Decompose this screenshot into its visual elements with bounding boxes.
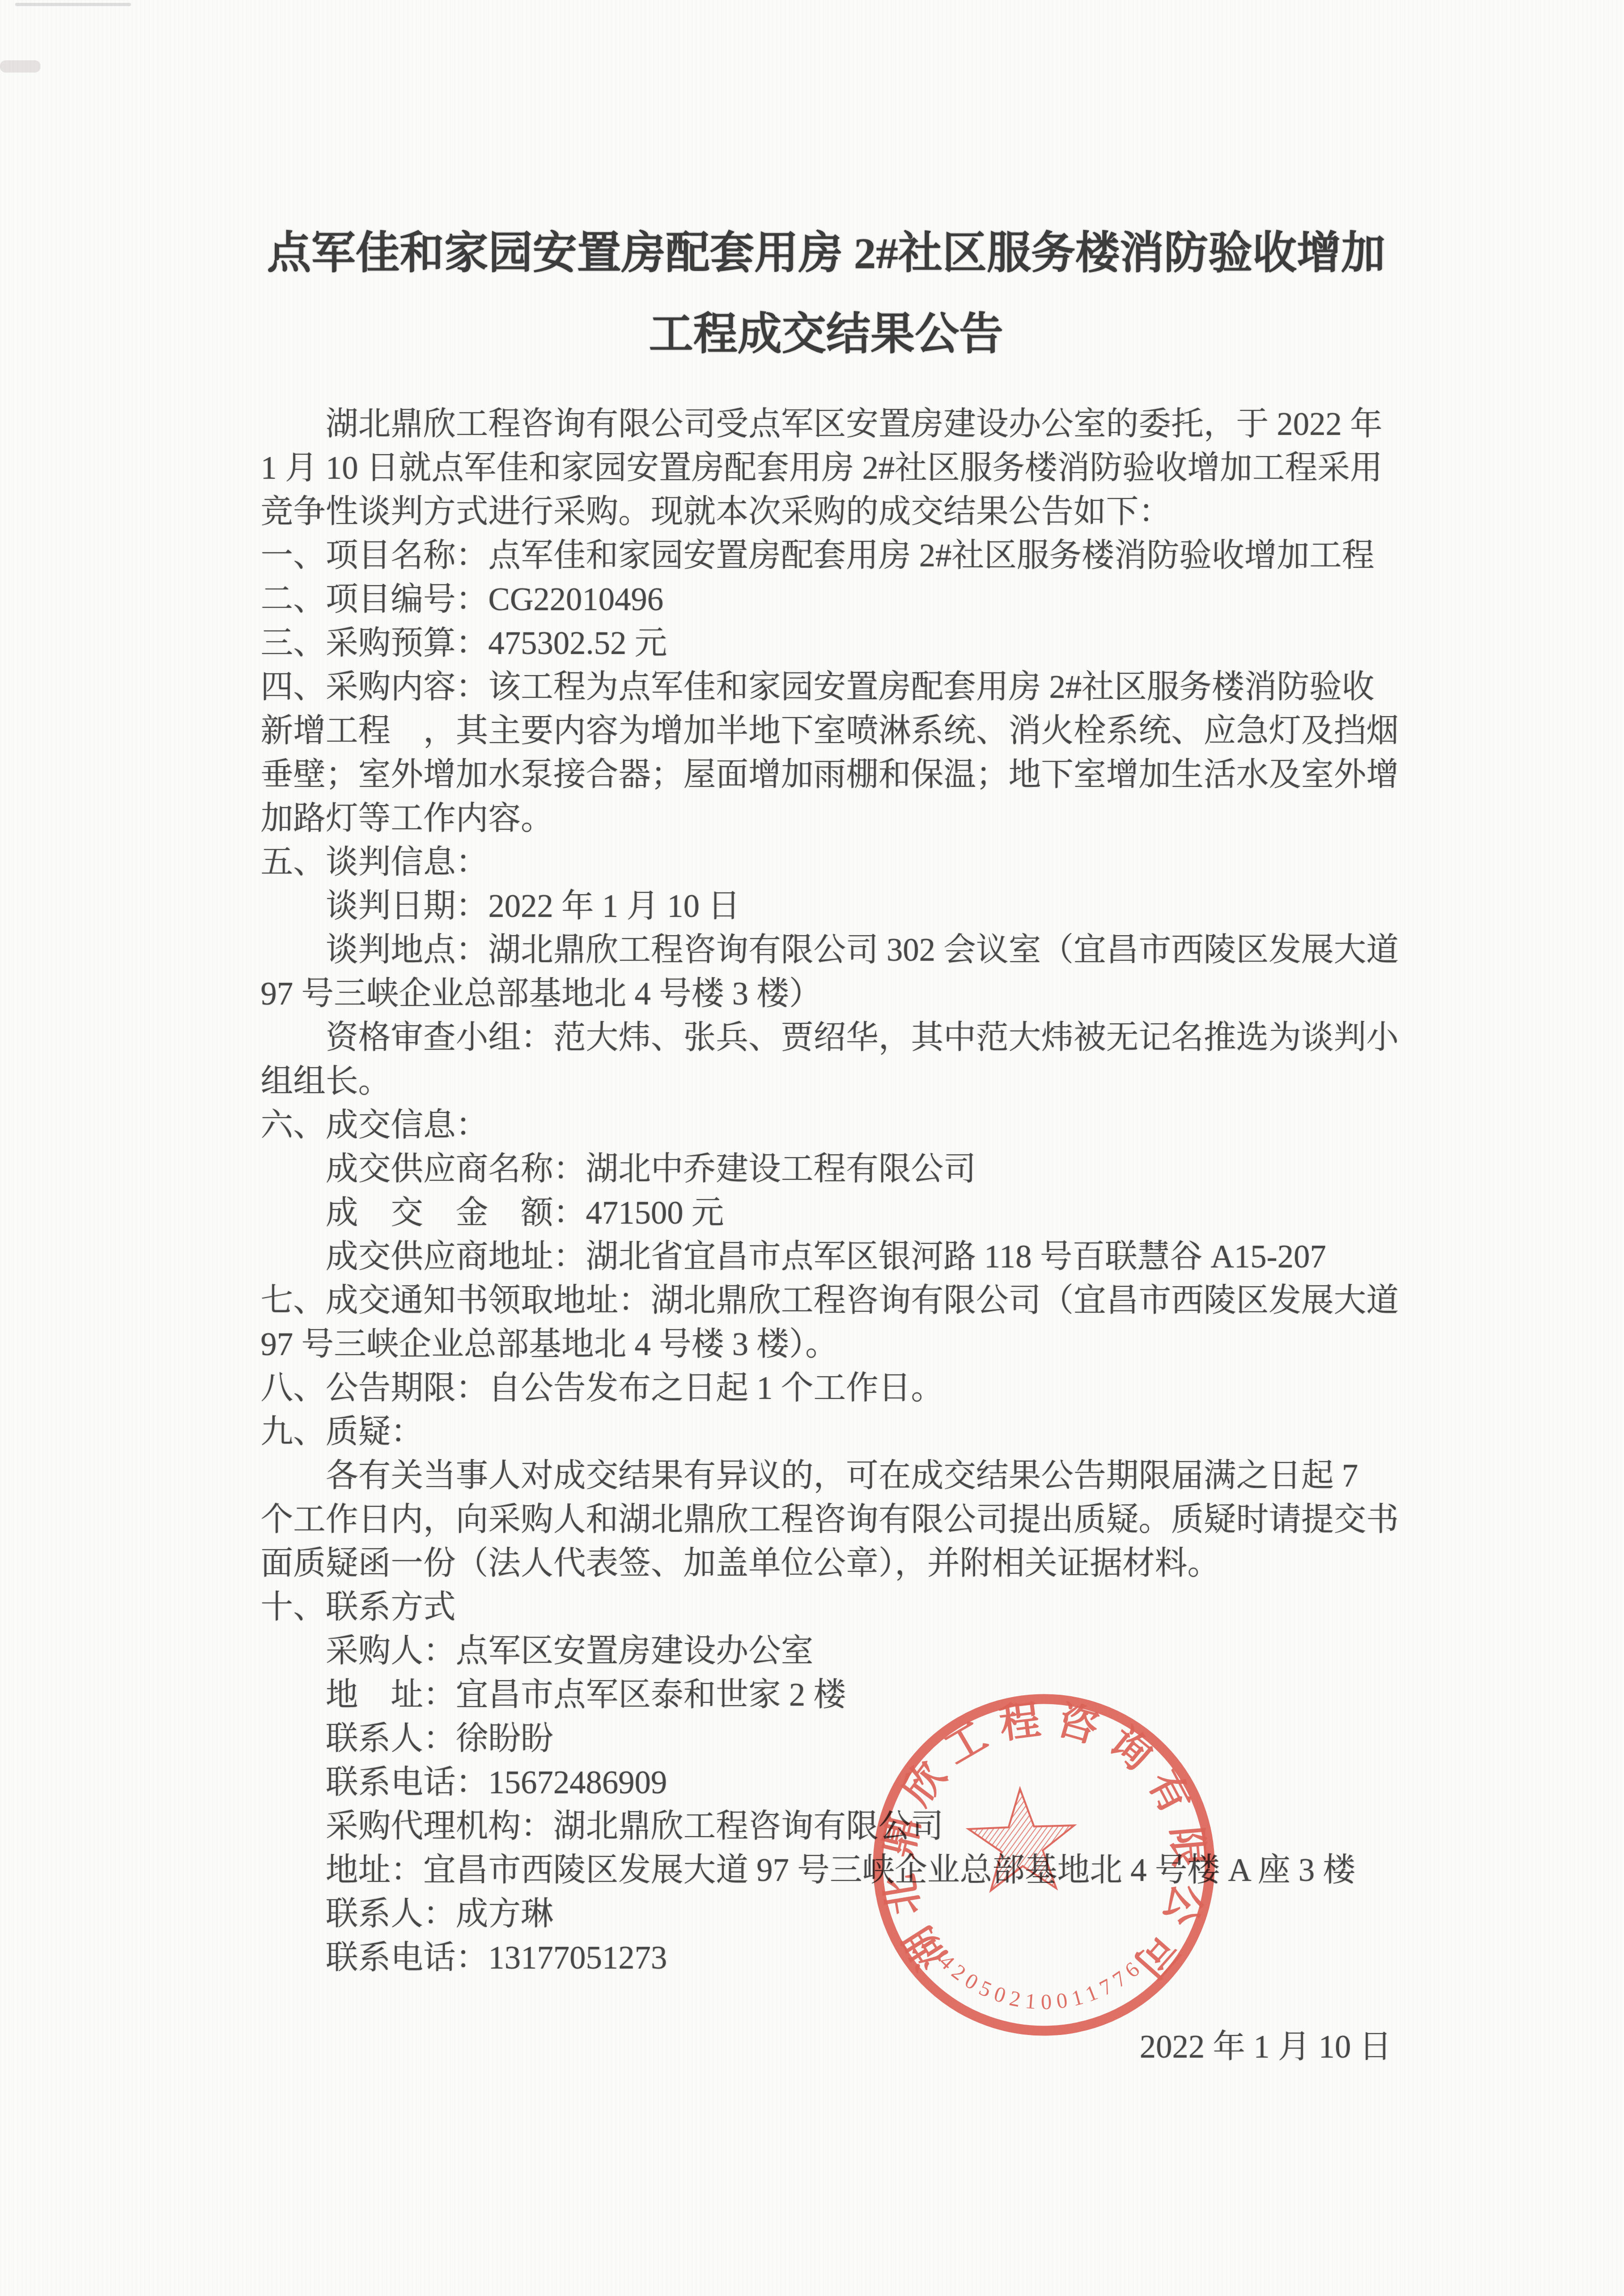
doc-line: 97 号三峡企业总部基地北 4 号楼 3 楼）。: [261, 1323, 1392, 1366]
doc-line: 谈判日期：2022 年 1 月 10 日: [261, 884, 1392, 928]
doc-line: 联系人：徐盼盼: [261, 1717, 1392, 1761]
doc-line: 成交供应商地址：湖北省宜昌市点军区银河路 118 号百联慧谷 A15-207: [261, 1235, 1392, 1279]
doc-line: 谈判地点：湖北鼎欣工程咨询有限公司 302 会议室（宜昌市西陵区发展大道: [261, 928, 1392, 972]
page-title-line-1: 点军佳和家园安置房配套用房 2#社区服务楼消防验收增加: [246, 213, 1406, 294]
doc-line: 1 月 10 日就点军佳和家园安置房配套用房 2#社区服务楼消防验收增加工程采用: [261, 446, 1392, 490]
doc-line: 组组长。: [261, 1060, 1392, 1103]
doc-line: 资格审查小组：范大炜、张兵、贾绍华，其中范大炜被无记名推选为谈判小: [261, 1016, 1392, 1060]
doc-line: 五、谈判信息：: [261, 841, 1392, 884]
doc-line: 六、成交信息：: [261, 1103, 1392, 1147]
doc-line: 一、项目名称：点军佳和家园安置房配套用房 2#社区服务楼消防验收增加工程: [261, 534, 1392, 578]
company-seal-graphic: 湖北鼎欣工程咨询有限公司 42050210011776: [863, 1684, 1224, 2045]
doc-line: 二、项目编号：CG22010496: [261, 578, 1392, 621]
doc-line: 七、成交通知书领取地址：湖北鼎欣工程咨询有限公司（宜昌市西陵区发展大道: [261, 1279, 1392, 1323]
doc-line: 三、采购预算：475302.52 元: [261, 621, 1392, 665]
document-body: 湖北鼎欣工程咨询有限公司受点军区安置房建设办公室的委托，于 2022 年1 月 …: [261, 402, 1392, 1980]
scan-artifact-smudge: [0, 60, 41, 73]
doc-line: 个工作日内，向采购人和湖北鼎欣工程咨询有限公司提出质疑。质疑时请提交书: [261, 1498, 1392, 1542]
doc-line: 采购代理机构：湖北鼎欣工程咨询有限公司: [261, 1805, 1392, 1848]
doc-line: 联系人：成方琳: [261, 1892, 1392, 1936]
doc-line: 八、公告期限：自公告发布之日起 1 个工作日。: [261, 1366, 1392, 1410]
doc-line: 垂壁；室外增加水泵接合器；屋面增加雨棚和保温；地下室增加生活水及室外增: [261, 753, 1392, 797]
doc-line: 地址：宜昌市西陵区发展大道 97 号三峡企业总部基地北 4 号楼 A 座 3 楼: [261, 1848, 1392, 1892]
doc-line: 地 址：宜昌市点军区泰和世家 2 楼: [261, 1673, 1392, 1717]
doc-line: 湖北鼎欣工程咨询有限公司受点军区安置房建设办公室的委托，于 2022 年: [261, 402, 1392, 446]
doc-line: 十、联系方式: [261, 1585, 1392, 1629]
doc-line: 97 号三峡企业总部基地北 4 号楼 3 楼）: [261, 972, 1392, 1016]
doc-line: 面质疑函一份（法人代表签、加盖单位公章），并附相关证据材料。: [261, 1542, 1392, 1585]
page-title: 点军佳和家园安置房配套用房 2#社区服务楼消防验收增加 工程成交结果公告: [246, 213, 1406, 375]
doc-line: 联系电话：15672486909: [261, 1761, 1392, 1805]
doc-line: 加路灯等工作内容。: [261, 797, 1392, 841]
doc-line: 竞争性谈判方式进行采购。现就本次采购的成交结果公告如下：: [261, 490, 1392, 534]
seal-star: [967, 1787, 1076, 1891]
page-title-line-2: 工程成交结果公告: [246, 294, 1406, 375]
doc-line: 四、采购内容：该工程为点军佳和家园安置房配套用房 2#社区服务楼消防验收: [261, 665, 1392, 709]
doc-line: 采购人：点军区安置房建设办公室: [261, 1629, 1392, 1673]
doc-line: 各有关当事人对成交结果有异议的，可在成交结果公告期限届满之日起 7: [261, 1454, 1392, 1498]
scanned-document-page: { "page": { "background": "#fbfbfa", "te…: [0, 0, 1624, 2296]
announcement-document: 点军佳和家园安置房配套用房 2#社区服务楼消防验收增加 工程成交结果公告 湖北鼎…: [261, 213, 1392, 2069]
doc-line: 新增工程 ，其主要内容为增加半地下室喷淋系统、消火栓系统、应急灯及挡烟: [261, 709, 1392, 753]
company-seal: 湖北鼎欣工程咨询有限公司 42050210011776: [863, 1684, 1224, 2045]
scan-artifact-top-line: [15, 3, 131, 6]
doc-line: 成交供应商名称：湖北中乔建设工程有限公司: [261, 1147, 1392, 1191]
doc-line: 九、质疑：: [261, 1410, 1392, 1454]
doc-line: 成 交 金 额：471500 元: [261, 1191, 1392, 1235]
